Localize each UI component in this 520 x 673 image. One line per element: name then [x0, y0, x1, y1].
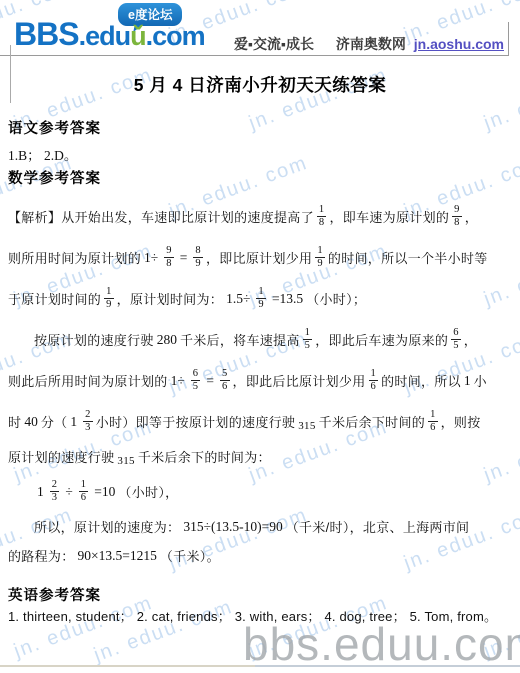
text-run: 小	[474, 371, 487, 390]
math-line: 123÷16=10（小时），	[8, 471, 518, 512]
math-line: 【解析】从开始出发，车速即比原计划的速度提高了18，即车速为原计划的98，	[8, 196, 518, 237]
math-expression: 315÷(13.5-10)=90	[183, 519, 282, 535]
fraction: 19	[315, 245, 325, 270]
logo-bbs: BBS	[14, 16, 79, 52]
text-run: 千米后余下的时间为：	[138, 447, 271, 466]
text-run: （小时）；	[306, 289, 366, 308]
math-expression: =13.5	[272, 291, 303, 307]
aoshu-link[interactable]: jn.aoshu.com	[414, 36, 504, 52]
tagline: 爱▪交流▪成长 济南奥数网 jn.aoshu.com	[234, 34, 504, 54]
fraction: 89	[193, 245, 203, 270]
text-run: （千米/时），北京、上海两市间	[286, 517, 470, 536]
site-logo[interactable]: e度论坛 BBS.eduǔ.com	[14, 2, 244, 54]
bottom-border-right	[255, 665, 520, 667]
logo-edu: .edu	[79, 21, 131, 51]
math-line: 则所用时间为原计划的1÷98=89，即比原计划少用19的时间，所以一个半小时等	[8, 237, 518, 278]
math-expression: =	[206, 373, 214, 389]
fraction: 16	[369, 368, 379, 393]
chinese-section-heading: 语文参考答案	[8, 117, 101, 138]
subscript-number: 315	[117, 455, 134, 467]
math-expression: 40	[24, 414, 38, 430]
text-run: 的路程为：	[8, 546, 75, 565]
text-run: ，即此后车速为原来的	[315, 330, 448, 349]
text-run: （千米）。	[160, 546, 220, 565]
logo-com: .com	[146, 21, 205, 51]
text-run: 的时间，所以一个半小时等	[328, 248, 488, 267]
fraction: 19	[256, 286, 266, 311]
math-expression: 1	[464, 373, 471, 389]
fraction: 23	[83, 409, 93, 434]
text-run: 所以，原计划的速度为：	[34, 517, 180, 536]
slogan-text: 爱▪交流▪成长	[234, 36, 314, 52]
text-run: 的时间，所以	[381, 371, 461, 390]
site-name: 济南奥数网	[336, 36, 406, 52]
page-title: 5 月 4 日济南小升初天天练答案	[0, 72, 520, 97]
math-expression: 90×13.5=1215	[78, 548, 157, 564]
fraction: 23	[50, 479, 60, 504]
text-run: ，则按	[441, 412, 481, 431]
math-line: 原计划的速度行驶315千米后余下的时间为：	[8, 442, 518, 471]
math-expression: 1÷	[171, 373, 185, 389]
header: e度论坛 BBS.eduǔ.com 爱▪交流▪成长 济南奥数网 jn.aoshu…	[0, 0, 520, 55]
math-expression: =	[180, 250, 188, 266]
fraction: 98	[452, 204, 462, 229]
text-run: 原计划的速度行驶	[8, 447, 114, 466]
text-run: ，	[465, 207, 478, 226]
text-run: 按原计划的速度行驶	[34, 330, 154, 349]
math-line: 于原计划时间的19，原计划时间为：1.5÷19=13.5（小时）；	[8, 278, 518, 319]
fraction: 98	[164, 245, 174, 270]
subscript-number: 315	[298, 420, 315, 432]
math-expression: 280	[157, 332, 177, 348]
fraction: 18	[317, 204, 327, 229]
math-expression: 1÷	[144, 250, 158, 266]
bottom-border-left	[0, 665, 255, 667]
math-line: 所以，原计划的速度为：315÷(13.5-10)=90（千米/时），北京、上海两…	[8, 512, 518, 541]
text-run: ，即此后比原计划少用	[233, 371, 366, 390]
math-expression: 1	[37, 484, 44, 500]
fraction: 16	[79, 479, 89, 504]
math-line: 按原计划的速度行驶280千米后，将车速提高15，即此后车速为原来的65，	[8, 319, 518, 360]
math-expression: ÷	[65, 484, 72, 500]
math-expression: 1.5÷	[226, 291, 250, 307]
watermark-tile: jn. eduu. com	[246, 592, 391, 664]
right-border-segment	[508, 22, 509, 56]
text-run: ，即车速为原计划的	[329, 207, 449, 226]
text-run: ，	[464, 330, 477, 349]
text-run: ，原计划时间为：	[117, 289, 223, 308]
watermark-tile: jn. eduu. com	[481, 592, 520, 664]
logo-green-u: ǔ	[130, 21, 146, 51]
logo-text: BBS.eduǔ.com	[14, 16, 205, 53]
text-run: 【解析】从开始出发，车速即比原计划的速度提高了	[8, 207, 314, 226]
text-run: 小时）即等于按原计划的速度行驶	[96, 412, 296, 431]
text-run: 则所用时间为原计划的	[8, 248, 141, 267]
header-divider	[0, 55, 509, 56]
page: jn. eduu. comjn. eduu. comjn. eduu. comj…	[0, 0, 520, 673]
fraction: 15	[303, 327, 313, 352]
text-run: 千米后余下时间的	[319, 412, 425, 431]
math-expression: 1	[70, 414, 77, 430]
math-line: 时40分（123小时）即等于按原计划的速度行驶315千米后余下时间的16，则按	[8, 401, 518, 442]
english-answers: 1. thirteen, student； 2. cat, friends； 3…	[8, 606, 497, 625]
english-section-heading: 英语参考答案	[8, 584, 101, 605]
text-run: 于原计划时间的	[8, 289, 101, 308]
fraction: 65	[451, 327, 461, 352]
math-solution: 【解析】从开始出发，车速即比原计划的速度提高了18，即车速为原计划的98，则所用…	[8, 196, 518, 570]
fraction: 19	[104, 286, 114, 311]
math-section-heading: 数学参考答案	[8, 167, 101, 188]
text-run: 分（	[41, 412, 68, 431]
big-watermark: bbs.eduu.com	[243, 617, 520, 671]
text-run: （小时），	[118, 482, 178, 501]
chinese-answers: 1.B； 2.D。	[8, 144, 77, 164]
fraction: 16	[428, 409, 438, 434]
text-run: 千米后，将车速提高	[180, 330, 300, 349]
text-run: 则此后所用时间为原计划的	[8, 371, 168, 390]
math-line: 的路程为：90×13.5=1215（千米）。	[8, 541, 518, 570]
text-run: ，即比原计划少用	[206, 248, 312, 267]
math-line: 则此后所用时间为原计划的1÷65=56，即此后比原计划少用16的时间，所以1小	[8, 360, 518, 401]
fraction: 56	[220, 368, 230, 393]
fraction: 65	[191, 368, 201, 393]
text-run: 时	[8, 412, 21, 431]
math-expression: =10	[94, 484, 115, 500]
